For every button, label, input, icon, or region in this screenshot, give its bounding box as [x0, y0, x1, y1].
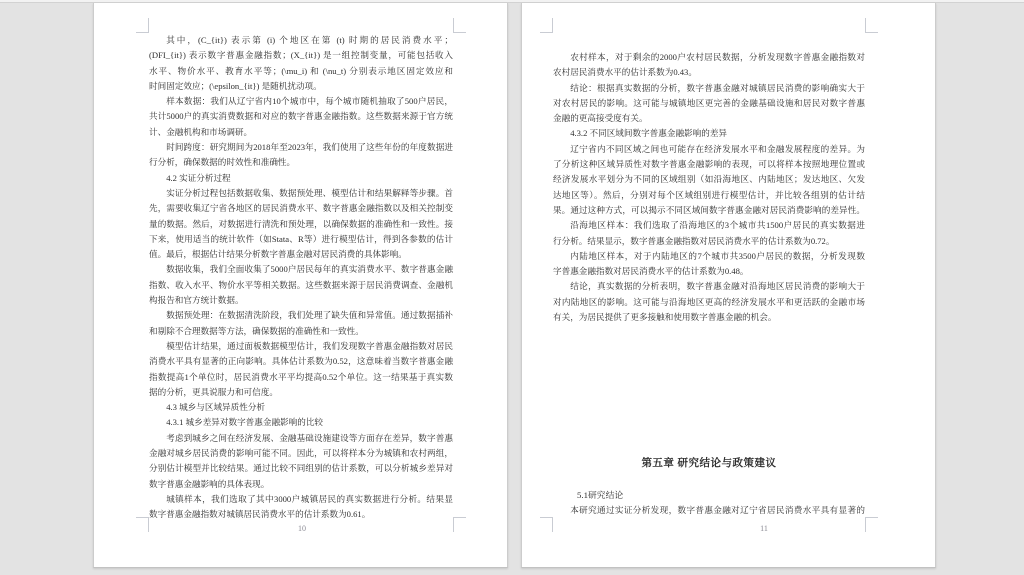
text-line[interactable]: 其中，(C_{it}) 表示第 (i) 个地区在第 (t) 时期的居民消费水平； [149, 33, 453, 48]
text-boundary-mark-top-left [540, 18, 553, 33]
text-line[interactable]: 对农村居民的影响。这可能与城镇地区更完善的金融基础设施和居民对数字普惠 [553, 96, 865, 111]
page-10-text-area[interactable]: 其中，(C_{it}) 表示第 (i) 个地区在第 (t) 时期的居民消费水平；… [149, 33, 453, 523]
text-line[interactable]: 内陆地区样本，对于内陆地区的7个城市共3500户居民的数据，分析发现数 [553, 249, 865, 264]
text-line[interactable]: 数字普惠金融影响的具体表现。 [149, 477, 453, 492]
text-line[interactable]: 字普惠金融指数对居民消费水平的估计系数为0.48。 [553, 264, 865, 279]
text-line[interactable]: 指数、收入水平、物价水平等相关数据。这些数据来源于居民消费调查、金融机 [149, 278, 453, 293]
text-boundary-mark-bottom-right [865, 517, 878, 532]
text-line[interactable]: 消费水平具有显著的正向影响。具体估计系数为0.52，这意味着当数字普惠金融 [149, 354, 453, 369]
document-page-11[interactable]: 农村样本，对于剩余的2000户农村居民数据，分析发现数字普惠金融指数对农村居民消… [521, 3, 936, 568]
text-line[interactable]: 构报告和官方统计数据。 [149, 293, 453, 308]
text-line[interactable]: 样本数据：我们从辽宁省内10个城市中，每个城市随机抽取了500户居民， [149, 94, 453, 109]
page-number: 11 [744, 524, 784, 533]
text-line[interactable]: 农村居民消费水平的估计系数为0.43。 [553, 65, 865, 80]
document-page-10[interactable]: 其中，(C_{it}) 表示第 (i) 个地区在第 (t) 时期的居民消费水平；… [93, 3, 508, 568]
text-line[interactable]: 4.3.2 不同区域间数字普惠金融影响的差异 [553, 126, 865, 141]
text-line[interactable]: 经济发展水平划分为不同的区域组别（如沿海地区、内陆地区；发达地区、欠发 [553, 172, 865, 187]
document-canvas: 其中，(C_{it}) 表示第 (i) 个地区在第 (t) 时期的居民消费水平；… [0, 0, 1024, 575]
text-line[interactable]: 数字普惠金融指数对城镇居民消费水平的估计系数为0.61。 [149, 507, 453, 522]
text-line[interactable]: 了分析这种区域异质性对数字普惠金融影响的表现，可以将样本按照地理位置或 [553, 157, 865, 172]
text-line[interactable]: 农村样本，对于剩余的2000户农村居民数据，分析发现数字普惠金融指数对 [553, 50, 865, 65]
text-line[interactable]: 有关，为居民提供了更多接触和使用数字普惠金融的机会。 [553, 310, 865, 325]
text-line[interactable]: 结论：根据真实数据的分析，数字普惠金融对城镇居民消费的影响确实大于 [553, 81, 865, 96]
text-boundary-mark-top-left [136, 18, 149, 33]
text-line[interactable]: 对内陆地区的影响。这可能与沿海地区更高的经济发展水平和更活跃的金融市场 [553, 295, 865, 310]
text-line[interactable]: 城镇样本，我们选取了其中3000户城镇居民的真实数据进行分析。结果显示， [149, 492, 453, 507]
text-boundary-mark-top-right [865, 18, 878, 33]
text-line[interactable]: (DFI_{it}) 表示数字普惠金融指数；(X_{it}) 是一组控制变量，可… [149, 48, 453, 63]
text-line[interactable]: 行分析。结果显示，数字普惠金融指数对居民消费水平的估计系数为0.72。 [553, 234, 865, 249]
section-heading[interactable]: 5.1研究结论 [577, 488, 623, 501]
text-line[interactable]: 时间跨度：研究期间为2018年至2023年，我们使用了这些年份的年度数据进 [149, 140, 453, 155]
text-line[interactable]: 下来，使用适当的统计软件（如Stata、R等）进行模型估计，得到各参数的估计 [149, 232, 453, 247]
text-line[interactable]: 4.3 城乡与区域异质性分析 [149, 400, 453, 415]
text-line[interactable]: 量的数据。然后，对数据进行清洗和预处理，以确保数据的准确性和一致性。接 [149, 217, 453, 232]
text-line[interactable]: 金融对城乡居民消费的影响可能不同。因此，可以将样本分为城镇和农村两组， [149, 446, 453, 461]
text-line[interactable]: 据的分析，更具说服力和可信度。 [149, 385, 453, 400]
text-line[interactable]: 辽宁省内不同区域之间也可能存在经济发展水平和金融发展程度的差异。为 [553, 142, 865, 157]
text-line[interactable]: 先，需要收集辽宁省各地区的居民消费水平、数字普惠金融指数以及相关控制变 [149, 201, 453, 216]
text-line[interactable]: 4.3.1 城乡差异对数字普惠金融影响的比较 [149, 415, 453, 430]
text-boundary-mark-bottom-left [540, 517, 553, 532]
text-line[interactable]: 分别估计模型并比较结果。通过比较不同组别的估计系数，可以分析城乡差异对 [149, 461, 453, 476]
page-11-text-area[interactable]: 农村样本，对于剩余的2000户农村居民数据，分析发现数字普惠金融指数对农村居民消… [553, 50, 865, 325]
text-line[interactable]: 数据收集，我们全面收集了5000户居民每年的真实消费水平、数字普惠金融 [149, 262, 453, 277]
text-line[interactable]: 考虑到城乡之间在经济发展、金融基础设施建设等方面存在差异，数字普惠 [149, 431, 453, 446]
text-line[interactable]: 金融的更高接受度有关。 [553, 111, 865, 126]
text-line[interactable]: 实证分析过程包括数据收集、数据预处理、模型估计和结果解释等步骤。首 [149, 186, 453, 201]
text-line[interactable]: 和剔除不合理数据等方法，确保数据的准确性和一致性。 [149, 324, 453, 339]
text-line[interactable]: 果。通过这种方式，可以揭示不同区域间数字普惠金融对居民消费影响的差异性。 [553, 203, 865, 218]
page-number: 10 [282, 524, 322, 533]
text-line[interactable]: 行分析，确保数据的时效性和准确性。 [149, 155, 453, 170]
text-boundary-mark-top-right [453, 18, 466, 33]
text-line[interactable]: 沿海地区样本：我们选取了沿海地区的3个城市共1500户居民的真实数据进 [553, 218, 865, 233]
text-line[interactable]: 模型估计结果，通过面板数据模型估计，我们发现数字普惠金融指数对居民 [149, 339, 453, 354]
text-line[interactable]: 时间固定效应；(\epsilon_{it}) 是随机扰动项。 [149, 79, 453, 94]
text-line[interactable]: 计、金融机构和市场调研。 [149, 125, 453, 140]
text-line[interactable]: 数据预处理：在数据清洗阶段，我们处理了缺失值和异常值。通过数据插补 [149, 308, 453, 323]
text-line[interactable]: 指数提高1个单位时，居民消费水平平均提高0.52个单位。这一结果基于真实数 [149, 370, 453, 385]
text-boundary-mark-bottom-left [136, 517, 149, 532]
text-boundary-mark-bottom-right [453, 517, 466, 532]
text-line[interactable]: 水平、物价水平、教育水平等；(\mu_i) 和 (\nu_t) 分别表示地区固定… [149, 64, 453, 79]
text-line[interactable]: 值。最后，根据估计结果分析数字普惠金融对居民消费的具体影响。 [149, 247, 453, 262]
chapter-heading[interactable]: 第五章 研究结论与政策建议 [553, 455, 865, 470]
text-line[interactable]: 达地区等）。然后，分别对每个区域组别进行模型估计，并比较各组别的估计结 [553, 188, 865, 203]
text-line[interactable]: 4.2 实证分析过程 [149, 171, 453, 186]
text-line[interactable]: 共计5000户的真实消费数据和对应的数字普惠金融指数。这些数据来源于官方统 [149, 109, 453, 124]
text-line[interactable]: 本研究通过实证分析发现，数字普惠金融对辽宁省居民消费水平具有显著的 [553, 503, 865, 518]
text-line[interactable]: 结论，真实数据的分析表明，数字普惠金融对沿海地区居民消费的影响大于 [553, 279, 865, 294]
